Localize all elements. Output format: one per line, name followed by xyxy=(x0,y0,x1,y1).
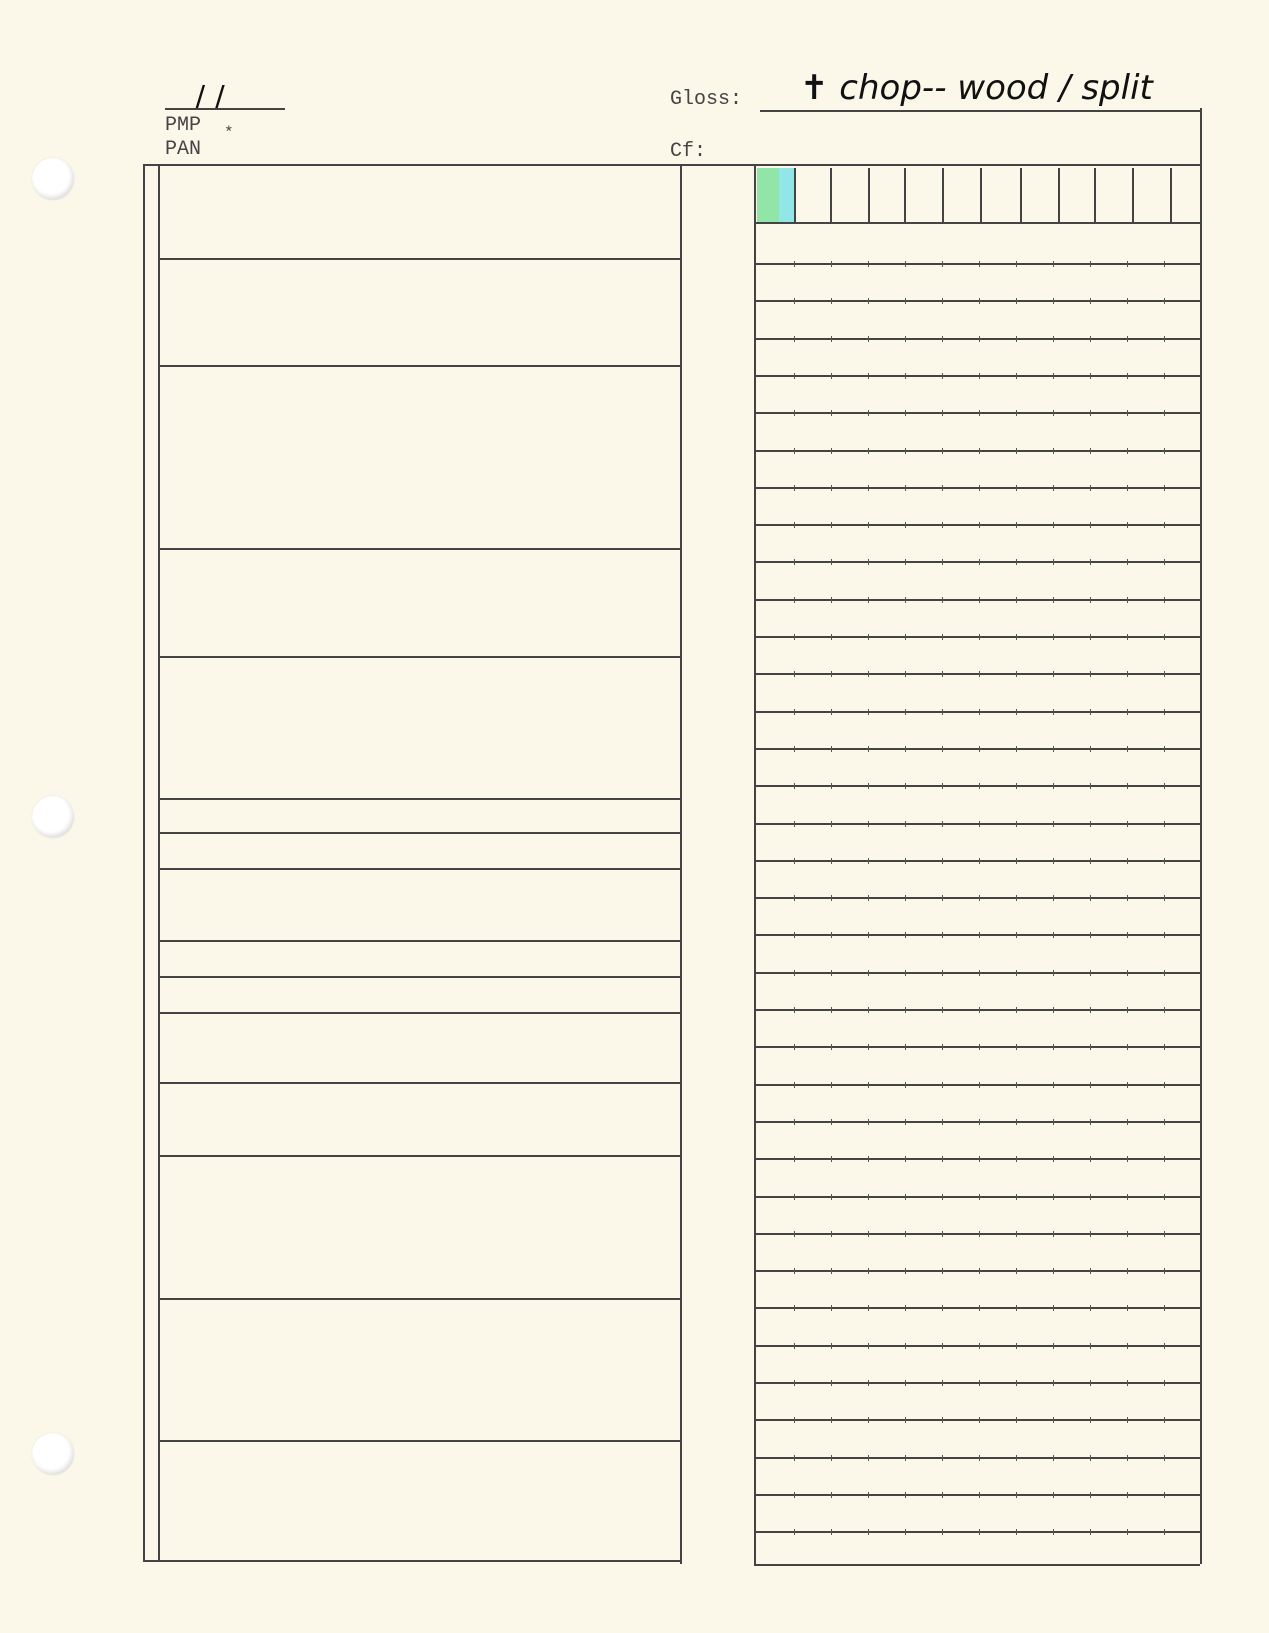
row-tick xyxy=(905,448,906,454)
row-tick xyxy=(831,559,832,565)
row-tick xyxy=(942,1455,943,1461)
language-row-line xyxy=(754,300,1200,302)
row-tick xyxy=(1053,1455,1054,1461)
row-tick xyxy=(942,1194,943,1200)
row-tick xyxy=(868,709,869,715)
row-tick xyxy=(1127,858,1128,864)
language-row-line xyxy=(754,673,1200,675)
row-tick xyxy=(1016,597,1017,603)
row-tick xyxy=(1127,821,1128,827)
language-row-line xyxy=(754,1121,1200,1123)
row-tick xyxy=(794,932,795,938)
row-tick xyxy=(794,709,795,715)
language-row-line xyxy=(754,823,1200,825)
row-tick xyxy=(1164,485,1165,491)
row-tick xyxy=(1127,336,1128,342)
row-tick xyxy=(1016,1082,1017,1088)
group-divider xyxy=(158,940,680,942)
row-tick xyxy=(1053,1268,1054,1274)
row-tick xyxy=(831,1156,832,1162)
row-tick xyxy=(1090,1417,1091,1423)
row-tick xyxy=(1090,522,1091,528)
row-tick xyxy=(979,373,980,379)
row-tick xyxy=(1053,410,1054,416)
row-tick xyxy=(1090,410,1091,416)
row-tick xyxy=(942,1305,943,1311)
language-row-line xyxy=(754,897,1200,899)
proto-cell-divider xyxy=(1170,168,1172,222)
row-tick xyxy=(1016,1492,1017,1498)
row-tick xyxy=(979,709,980,715)
row-tick xyxy=(794,1529,795,1535)
row-tick xyxy=(942,895,943,901)
proto-cell-divider xyxy=(794,168,796,222)
language-row-line xyxy=(754,972,1200,974)
row-tick xyxy=(1053,1492,1054,1498)
row-tick xyxy=(794,1417,795,1423)
row-tick xyxy=(942,1268,943,1274)
row-tick xyxy=(942,634,943,640)
row-tick xyxy=(1016,1231,1017,1237)
row-tick xyxy=(1127,1119,1128,1125)
row-tick xyxy=(905,895,906,901)
row-tick xyxy=(868,410,869,416)
row-tick xyxy=(831,1119,832,1125)
row-tick xyxy=(1090,895,1091,901)
group-divider xyxy=(158,1155,680,1157)
proto-cell-divider xyxy=(1094,168,1096,222)
row-tick xyxy=(868,1268,869,1274)
row-tick xyxy=(1016,783,1017,789)
row-tick xyxy=(1164,783,1165,789)
row-tick xyxy=(1016,634,1017,640)
frame-divider-forms xyxy=(754,164,756,1564)
row-tick xyxy=(1127,373,1128,379)
language-row-line xyxy=(754,1419,1200,1421)
row-tick xyxy=(1016,1417,1017,1423)
row-tick xyxy=(1090,1492,1091,1498)
row-tick xyxy=(979,298,980,304)
row-tick xyxy=(1090,1455,1091,1461)
row-tick xyxy=(979,1417,980,1423)
row-tick xyxy=(1053,1343,1054,1349)
row-tick xyxy=(905,1007,906,1013)
row-tick xyxy=(1127,1417,1128,1423)
row-tick xyxy=(794,1194,795,1200)
row-tick xyxy=(905,261,906,267)
row-tick xyxy=(1090,298,1091,304)
row-tick xyxy=(1016,1529,1017,1535)
row-tick xyxy=(794,298,795,304)
row-tick xyxy=(831,1007,832,1013)
row-tick xyxy=(905,1380,906,1386)
row-tick xyxy=(905,485,906,491)
row-tick xyxy=(794,858,795,864)
language-row-line xyxy=(754,487,1200,489)
row-tick xyxy=(794,1455,795,1461)
row-tick xyxy=(1164,522,1165,528)
row-tick xyxy=(1164,895,1165,901)
row-tick xyxy=(979,597,980,603)
proto-cell-divider xyxy=(942,168,944,222)
row-tick xyxy=(1053,895,1054,901)
row-tick xyxy=(868,858,869,864)
row-tick xyxy=(1053,448,1054,454)
row-tick xyxy=(1053,1119,1054,1125)
row-tick xyxy=(1016,1268,1017,1274)
row-tick xyxy=(1164,932,1165,938)
row-tick xyxy=(1164,1268,1165,1274)
row-tick xyxy=(979,671,980,677)
row-tick xyxy=(868,1492,869,1498)
language-row-line xyxy=(754,1457,1200,1459)
group-divider xyxy=(158,548,680,550)
highlight-cyan xyxy=(779,168,794,224)
row-tick xyxy=(1016,709,1017,715)
row-tick xyxy=(1016,336,1017,342)
row-tick xyxy=(905,746,906,752)
row-tick xyxy=(1053,970,1054,976)
row-tick xyxy=(831,634,832,640)
row-tick xyxy=(1090,1268,1091,1274)
row-tick xyxy=(1127,970,1128,976)
row-tick xyxy=(868,336,869,342)
row-tick xyxy=(794,1343,795,1349)
row-tick xyxy=(1090,858,1091,864)
row-tick xyxy=(1016,1044,1017,1050)
frame-divider-codes xyxy=(680,164,682,1564)
row-tick xyxy=(1164,1231,1165,1237)
row-tick xyxy=(905,298,906,304)
row-tick xyxy=(1016,932,1017,938)
row-tick xyxy=(1127,597,1128,603)
row-tick xyxy=(1090,746,1091,752)
row-tick xyxy=(1053,1380,1054,1386)
row-tick xyxy=(831,671,832,677)
pmp-star: * xyxy=(224,124,234,142)
row-tick xyxy=(979,1492,980,1498)
row-tick xyxy=(868,1119,869,1125)
row-tick xyxy=(1127,634,1128,640)
language-row-line xyxy=(754,860,1200,862)
row-tick xyxy=(979,1044,980,1050)
row-tick xyxy=(1016,298,1017,304)
row-tick xyxy=(979,634,980,640)
row-tick xyxy=(831,448,832,454)
row-tick xyxy=(1127,1380,1128,1386)
row-tick xyxy=(979,1343,980,1349)
row-tick xyxy=(868,298,869,304)
row-tick xyxy=(1090,970,1091,976)
row-tick xyxy=(1016,1455,1017,1461)
row-tick xyxy=(1127,298,1128,304)
row-tick xyxy=(979,1455,980,1461)
row-tick xyxy=(1053,746,1054,752)
row-tick xyxy=(1164,410,1165,416)
row-tick xyxy=(1016,858,1017,864)
row-tick xyxy=(942,1156,943,1162)
language-row-line xyxy=(754,338,1200,340)
frame-inner-left xyxy=(158,164,160,1560)
row-tick xyxy=(794,1380,795,1386)
row-tick xyxy=(905,1119,906,1125)
row-tick xyxy=(1164,634,1165,640)
row-tick xyxy=(942,448,943,454)
row-tick xyxy=(831,1082,832,1088)
language-row-line xyxy=(754,1270,1200,1272)
row-tick xyxy=(831,746,832,752)
row-tick xyxy=(979,895,980,901)
row-tick xyxy=(1090,1156,1091,1162)
row-tick xyxy=(794,1044,795,1050)
row-tick xyxy=(1127,1529,1128,1535)
row-tick xyxy=(1053,597,1054,603)
row-tick xyxy=(794,970,795,976)
row-tick xyxy=(1127,1082,1128,1088)
row-tick xyxy=(868,821,869,827)
row-tick xyxy=(831,932,832,938)
row-tick xyxy=(831,1455,832,1461)
row-tick xyxy=(868,559,869,565)
row-tick xyxy=(1016,373,1017,379)
row-tick xyxy=(1090,559,1091,565)
row-tick xyxy=(942,559,943,565)
row-tick xyxy=(1090,261,1091,267)
row-tick xyxy=(942,522,943,528)
row-tick xyxy=(905,1268,906,1274)
row-tick xyxy=(1053,1007,1054,1013)
row-tick xyxy=(1127,783,1128,789)
row-tick xyxy=(1164,373,1165,379)
language-row-line xyxy=(754,636,1200,638)
row-tick xyxy=(868,261,869,267)
row-tick xyxy=(1127,1343,1128,1349)
row-tick xyxy=(794,1156,795,1162)
group-divider xyxy=(158,868,680,870)
row-tick xyxy=(979,1194,980,1200)
row-tick xyxy=(1164,1156,1165,1162)
row-tick xyxy=(1090,783,1091,789)
row-tick xyxy=(1164,597,1165,603)
language-row-line xyxy=(754,1158,1200,1160)
row-tick xyxy=(868,1455,869,1461)
row-tick xyxy=(1090,671,1091,677)
group-divider xyxy=(158,656,680,658)
row-tick xyxy=(942,932,943,938)
row-tick xyxy=(1053,336,1054,342)
row-tick xyxy=(831,709,832,715)
row-tick xyxy=(1127,261,1128,267)
row-tick xyxy=(1053,634,1054,640)
frame-bottom-right xyxy=(754,1564,1200,1566)
row-tick xyxy=(831,1417,832,1423)
row-tick xyxy=(1164,1305,1165,1311)
row-tick xyxy=(831,336,832,342)
row-tick xyxy=(942,970,943,976)
row-tick xyxy=(868,1194,869,1200)
row-tick xyxy=(905,858,906,864)
row-tick xyxy=(1090,1305,1091,1311)
row-tick xyxy=(1164,1455,1165,1461)
row-tick xyxy=(831,1529,832,1535)
row-tick xyxy=(1164,1194,1165,1200)
row-tick xyxy=(868,1231,869,1237)
language-row-line xyxy=(754,1196,1200,1198)
row-tick xyxy=(1053,1231,1054,1237)
row-tick xyxy=(868,1529,869,1535)
row-tick xyxy=(1016,1156,1017,1162)
row-tick xyxy=(979,821,980,827)
row-tick xyxy=(1127,1194,1128,1200)
proto-row-bottom xyxy=(754,222,1200,224)
gloss-line xyxy=(760,110,1200,112)
language-row-line xyxy=(754,748,1200,750)
row-tick xyxy=(1016,559,1017,565)
row-tick xyxy=(1164,1417,1165,1423)
row-tick xyxy=(905,783,906,789)
row-tick xyxy=(905,1343,906,1349)
row-tick xyxy=(905,559,906,565)
row-tick xyxy=(1164,559,1165,565)
row-tick xyxy=(1090,1529,1091,1535)
row-tick xyxy=(1016,1305,1017,1311)
row-tick xyxy=(942,671,943,677)
row-tick xyxy=(1053,373,1054,379)
row-tick xyxy=(1053,522,1054,528)
language-row-line xyxy=(754,934,1200,936)
row-tick xyxy=(794,1007,795,1013)
row-tick xyxy=(1164,858,1165,864)
row-tick xyxy=(905,970,906,976)
binder-hole xyxy=(32,158,74,200)
row-tick xyxy=(831,485,832,491)
row-tick xyxy=(905,709,906,715)
row-tick xyxy=(1127,1268,1128,1274)
row-tick xyxy=(942,485,943,491)
row-tick xyxy=(868,783,869,789)
row-tick xyxy=(1090,1044,1091,1050)
row-tick xyxy=(905,1492,906,1498)
proto-cell-divider xyxy=(1020,168,1022,222)
row-tick xyxy=(942,336,943,342)
row-tick xyxy=(831,373,832,379)
row-tick xyxy=(1053,1194,1054,1200)
row-tick xyxy=(1127,1044,1128,1050)
row-tick xyxy=(868,895,869,901)
row-tick xyxy=(868,448,869,454)
row-tick xyxy=(831,261,832,267)
row-tick xyxy=(831,895,832,901)
proto-cell-divider xyxy=(1132,168,1134,222)
row-tick xyxy=(942,1529,943,1535)
row-tick xyxy=(1053,559,1054,565)
row-tick xyxy=(1164,821,1165,827)
row-tick xyxy=(905,336,906,342)
row-tick xyxy=(1053,1156,1054,1162)
frame-right xyxy=(1200,108,1202,1564)
language-row-line xyxy=(754,1009,1200,1011)
row-tick xyxy=(868,634,869,640)
binder-hole xyxy=(32,796,74,838)
row-tick xyxy=(794,1231,795,1237)
row-tick xyxy=(1053,1044,1054,1050)
row-tick xyxy=(868,597,869,603)
row-tick xyxy=(794,522,795,528)
row-tick xyxy=(794,261,795,267)
row-tick xyxy=(1127,746,1128,752)
row-tick xyxy=(905,1529,906,1535)
row-tick xyxy=(1127,1492,1128,1498)
row-tick xyxy=(979,1156,980,1162)
language-row-line xyxy=(754,1531,1200,1533)
row-tick xyxy=(942,709,943,715)
language-row-line xyxy=(754,561,1200,563)
row-tick xyxy=(1016,522,1017,528)
row-tick xyxy=(831,1492,832,1498)
row-tick xyxy=(868,970,869,976)
row-tick xyxy=(1164,448,1165,454)
row-tick xyxy=(1090,1007,1091,1013)
row-tick xyxy=(831,1380,832,1386)
language-row-line xyxy=(754,599,1200,601)
row-tick xyxy=(1127,1455,1128,1461)
group-divider xyxy=(158,258,680,260)
row-tick xyxy=(1053,1417,1054,1423)
row-tick xyxy=(1090,373,1091,379)
row-tick xyxy=(868,1082,869,1088)
row-tick xyxy=(1016,970,1017,976)
row-tick xyxy=(1127,448,1128,454)
row-tick xyxy=(1053,709,1054,715)
group-divider xyxy=(158,798,680,800)
language-row-line xyxy=(754,412,1200,414)
row-tick xyxy=(1127,895,1128,901)
group-divider xyxy=(158,1298,680,1300)
row-tick xyxy=(905,1194,906,1200)
row-tick xyxy=(1053,671,1054,677)
row-tick xyxy=(1127,1007,1128,1013)
row-tick xyxy=(868,932,869,938)
row-tick xyxy=(1090,1231,1091,1237)
row-tick xyxy=(1090,485,1091,491)
row-tick xyxy=(868,1156,869,1162)
row-tick xyxy=(1016,448,1017,454)
row-tick xyxy=(1127,671,1128,677)
row-tick xyxy=(794,746,795,752)
row-tick xyxy=(979,783,980,789)
group-divider xyxy=(158,976,680,978)
row-tick xyxy=(794,1082,795,1088)
row-tick xyxy=(942,298,943,304)
row-tick xyxy=(1090,634,1091,640)
group-divider xyxy=(158,1082,680,1084)
row-tick xyxy=(1090,1194,1091,1200)
row-tick xyxy=(979,1119,980,1125)
row-tick xyxy=(831,1044,832,1050)
row-tick xyxy=(1164,1380,1165,1386)
row-tick xyxy=(868,522,869,528)
row-tick xyxy=(1127,485,1128,491)
cf-label: Cf: xyxy=(670,140,706,163)
row-tick xyxy=(942,597,943,603)
row-tick xyxy=(905,522,906,528)
row-tick xyxy=(905,1417,906,1423)
row-tick xyxy=(979,485,980,491)
row-tick xyxy=(831,1305,832,1311)
group-divider xyxy=(158,832,680,834)
row-tick xyxy=(979,261,980,267)
group-divider xyxy=(158,1440,680,1442)
